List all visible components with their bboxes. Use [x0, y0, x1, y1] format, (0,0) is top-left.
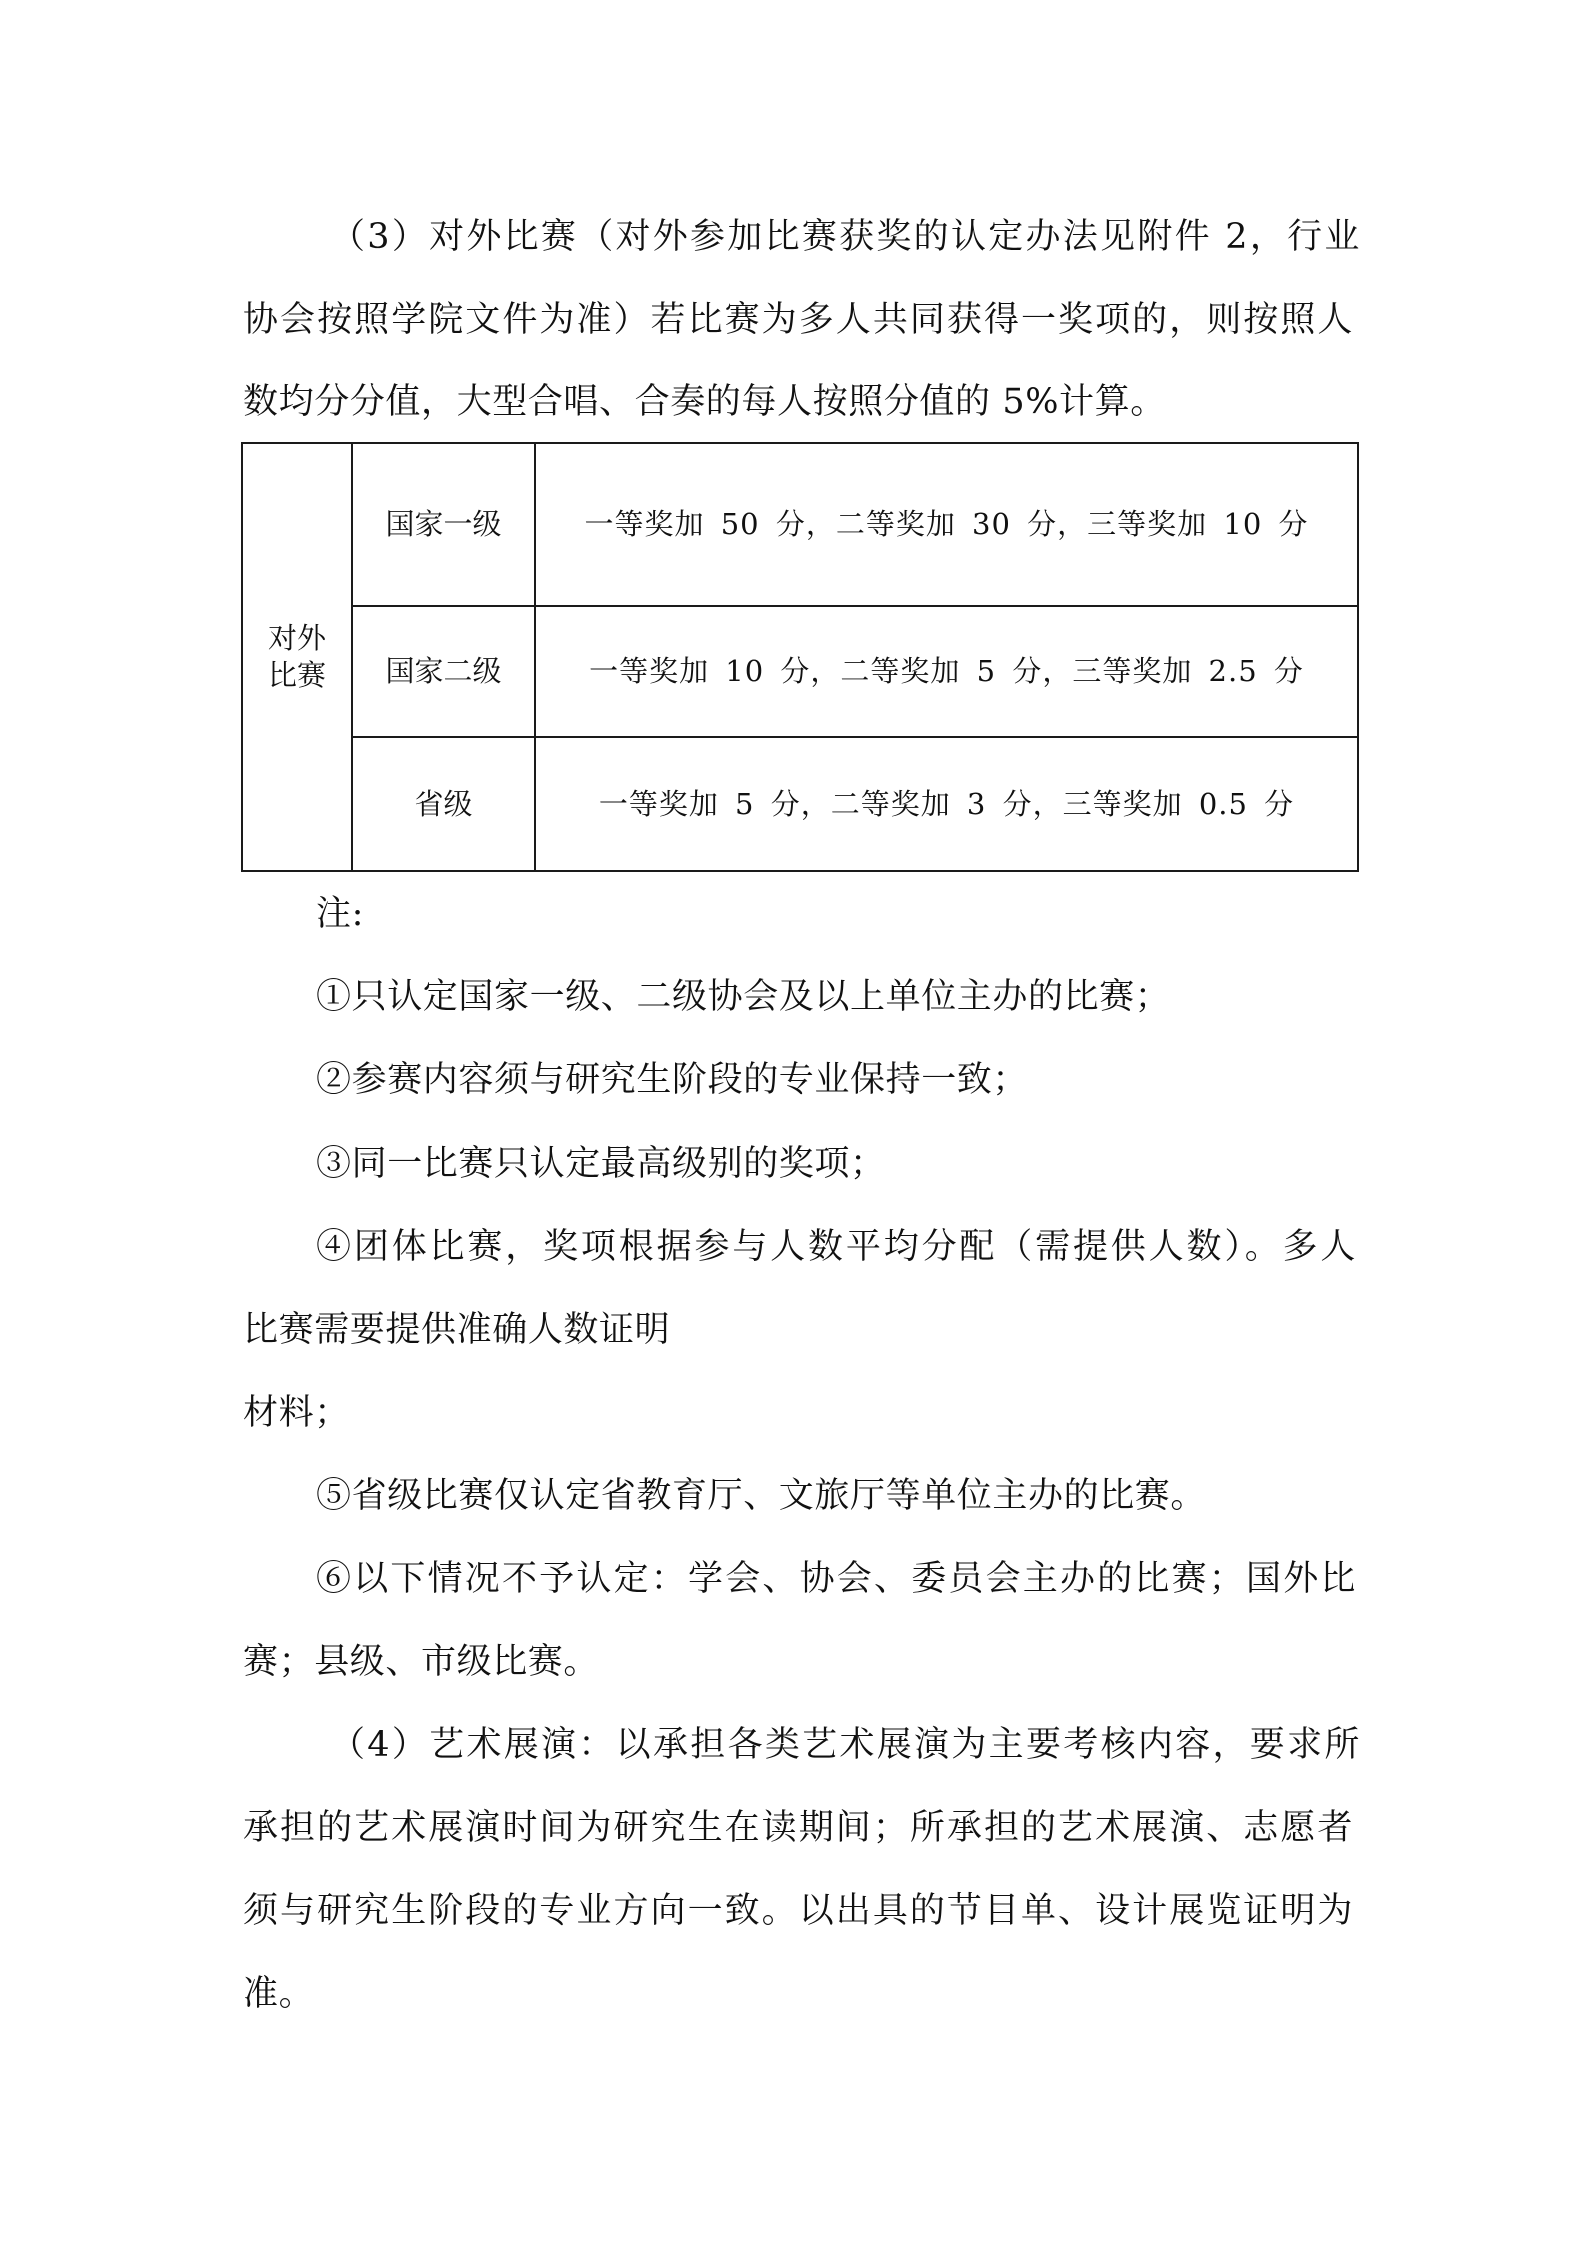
notes-heading: 注: — [316, 873, 1356, 956]
note-item-continuation: 材料； — [243, 1372, 1353, 1455]
rule-cell: 一等奖加 10 分，二等奖加 5 分，三等奖加 2.5 分 — [535, 606, 1358, 737]
level-cell: 国家一级 — [352, 443, 535, 606]
paragraph-line: 协会按照学院文件为准）若比赛为多人共同获得一奖项的，则按照人 — [243, 279, 1353, 362]
table-row: 国家二级 一等奖加 10 分，二等奖加 5 分，三等奖加 2.5 分 — [242, 606, 1358, 737]
category-label: 对外比赛 — [266, 620, 328, 694]
level-cell: 省级 — [352, 737, 535, 871]
category-cell: 对外比赛 — [242, 443, 352, 871]
note-item-continuation: 赛；县级、市级比赛。 — [243, 1621, 1353, 1704]
paragraph-line: 数均分分值，大型合唱、合奏的每人按照分值的 5%计算。 — [243, 361, 1353, 444]
paragraph-line: 准。 — [243, 1953, 1353, 2036]
note-item: ③同一比赛只认定最高级别的奖项； — [316, 1123, 1356, 1206]
paragraph-line: （4）艺术展演：以承担各类艺术展演为主要考核内容，要求所 — [330, 1704, 1360, 1787]
table-row: 对外比赛 国家一级 一等奖加 50 分，二等奖加 30 分，三等奖加 10 分 — [242, 443, 1358, 606]
paragraph-line: （3）对外比赛（对外参加比赛获奖的认定办法见附件 2，行业 — [330, 196, 1360, 279]
paragraph-line: 承担的艺术展演时间为研究生在读期间；所承担的艺术展演、志愿者 — [243, 1787, 1353, 1870]
rule-cell: 一等奖加 5 分，二等奖加 3 分，三等奖加 0.5 分 — [535, 737, 1358, 871]
document-page: （3）对外比赛（对外参加比赛获奖的认定办法见附件 2，行业 协会按照学院文件为准… — [0, 0, 1587, 2245]
rule-cell: 一等奖加 50 分，二等奖加 30 分，三等奖加 10 分 — [535, 443, 1358, 606]
note-item: ①只认定国家一级、二级协会及以上单位主办的比赛； — [316, 956, 1356, 1039]
paragraph-line: 须与研究生阶段的专业方向一致。以出具的节目单、设计展览证明为 — [243, 1870, 1353, 1953]
note-item: ④团体比赛，奖项根据参与人数平均分配（需提供人数）。多人 — [316, 1206, 1356, 1289]
level-cell: 国家二级 — [352, 606, 535, 737]
note-item: ②参赛内容须与研究生阶段的专业保持一致； — [316, 1039, 1356, 1122]
table-row: 省级 一等奖加 5 分，二等奖加 3 分，三等奖加 0.5 分 — [242, 737, 1358, 871]
note-item: ⑤省级比赛仅认定省教育厅、文旅厅等单位主办的比赛。 — [316, 1455, 1356, 1538]
note-item: ⑥以下情况不予认定：学会、协会、委员会主办的比赛；国外比 — [316, 1538, 1356, 1621]
award-score-table: 对外比赛 国家一级 一等奖加 50 分，二等奖加 30 分，三等奖加 10 分 … — [241, 442, 1359, 872]
note-item-continuation: 比赛需要提供准确人数证明 — [243, 1289, 1353, 1372]
